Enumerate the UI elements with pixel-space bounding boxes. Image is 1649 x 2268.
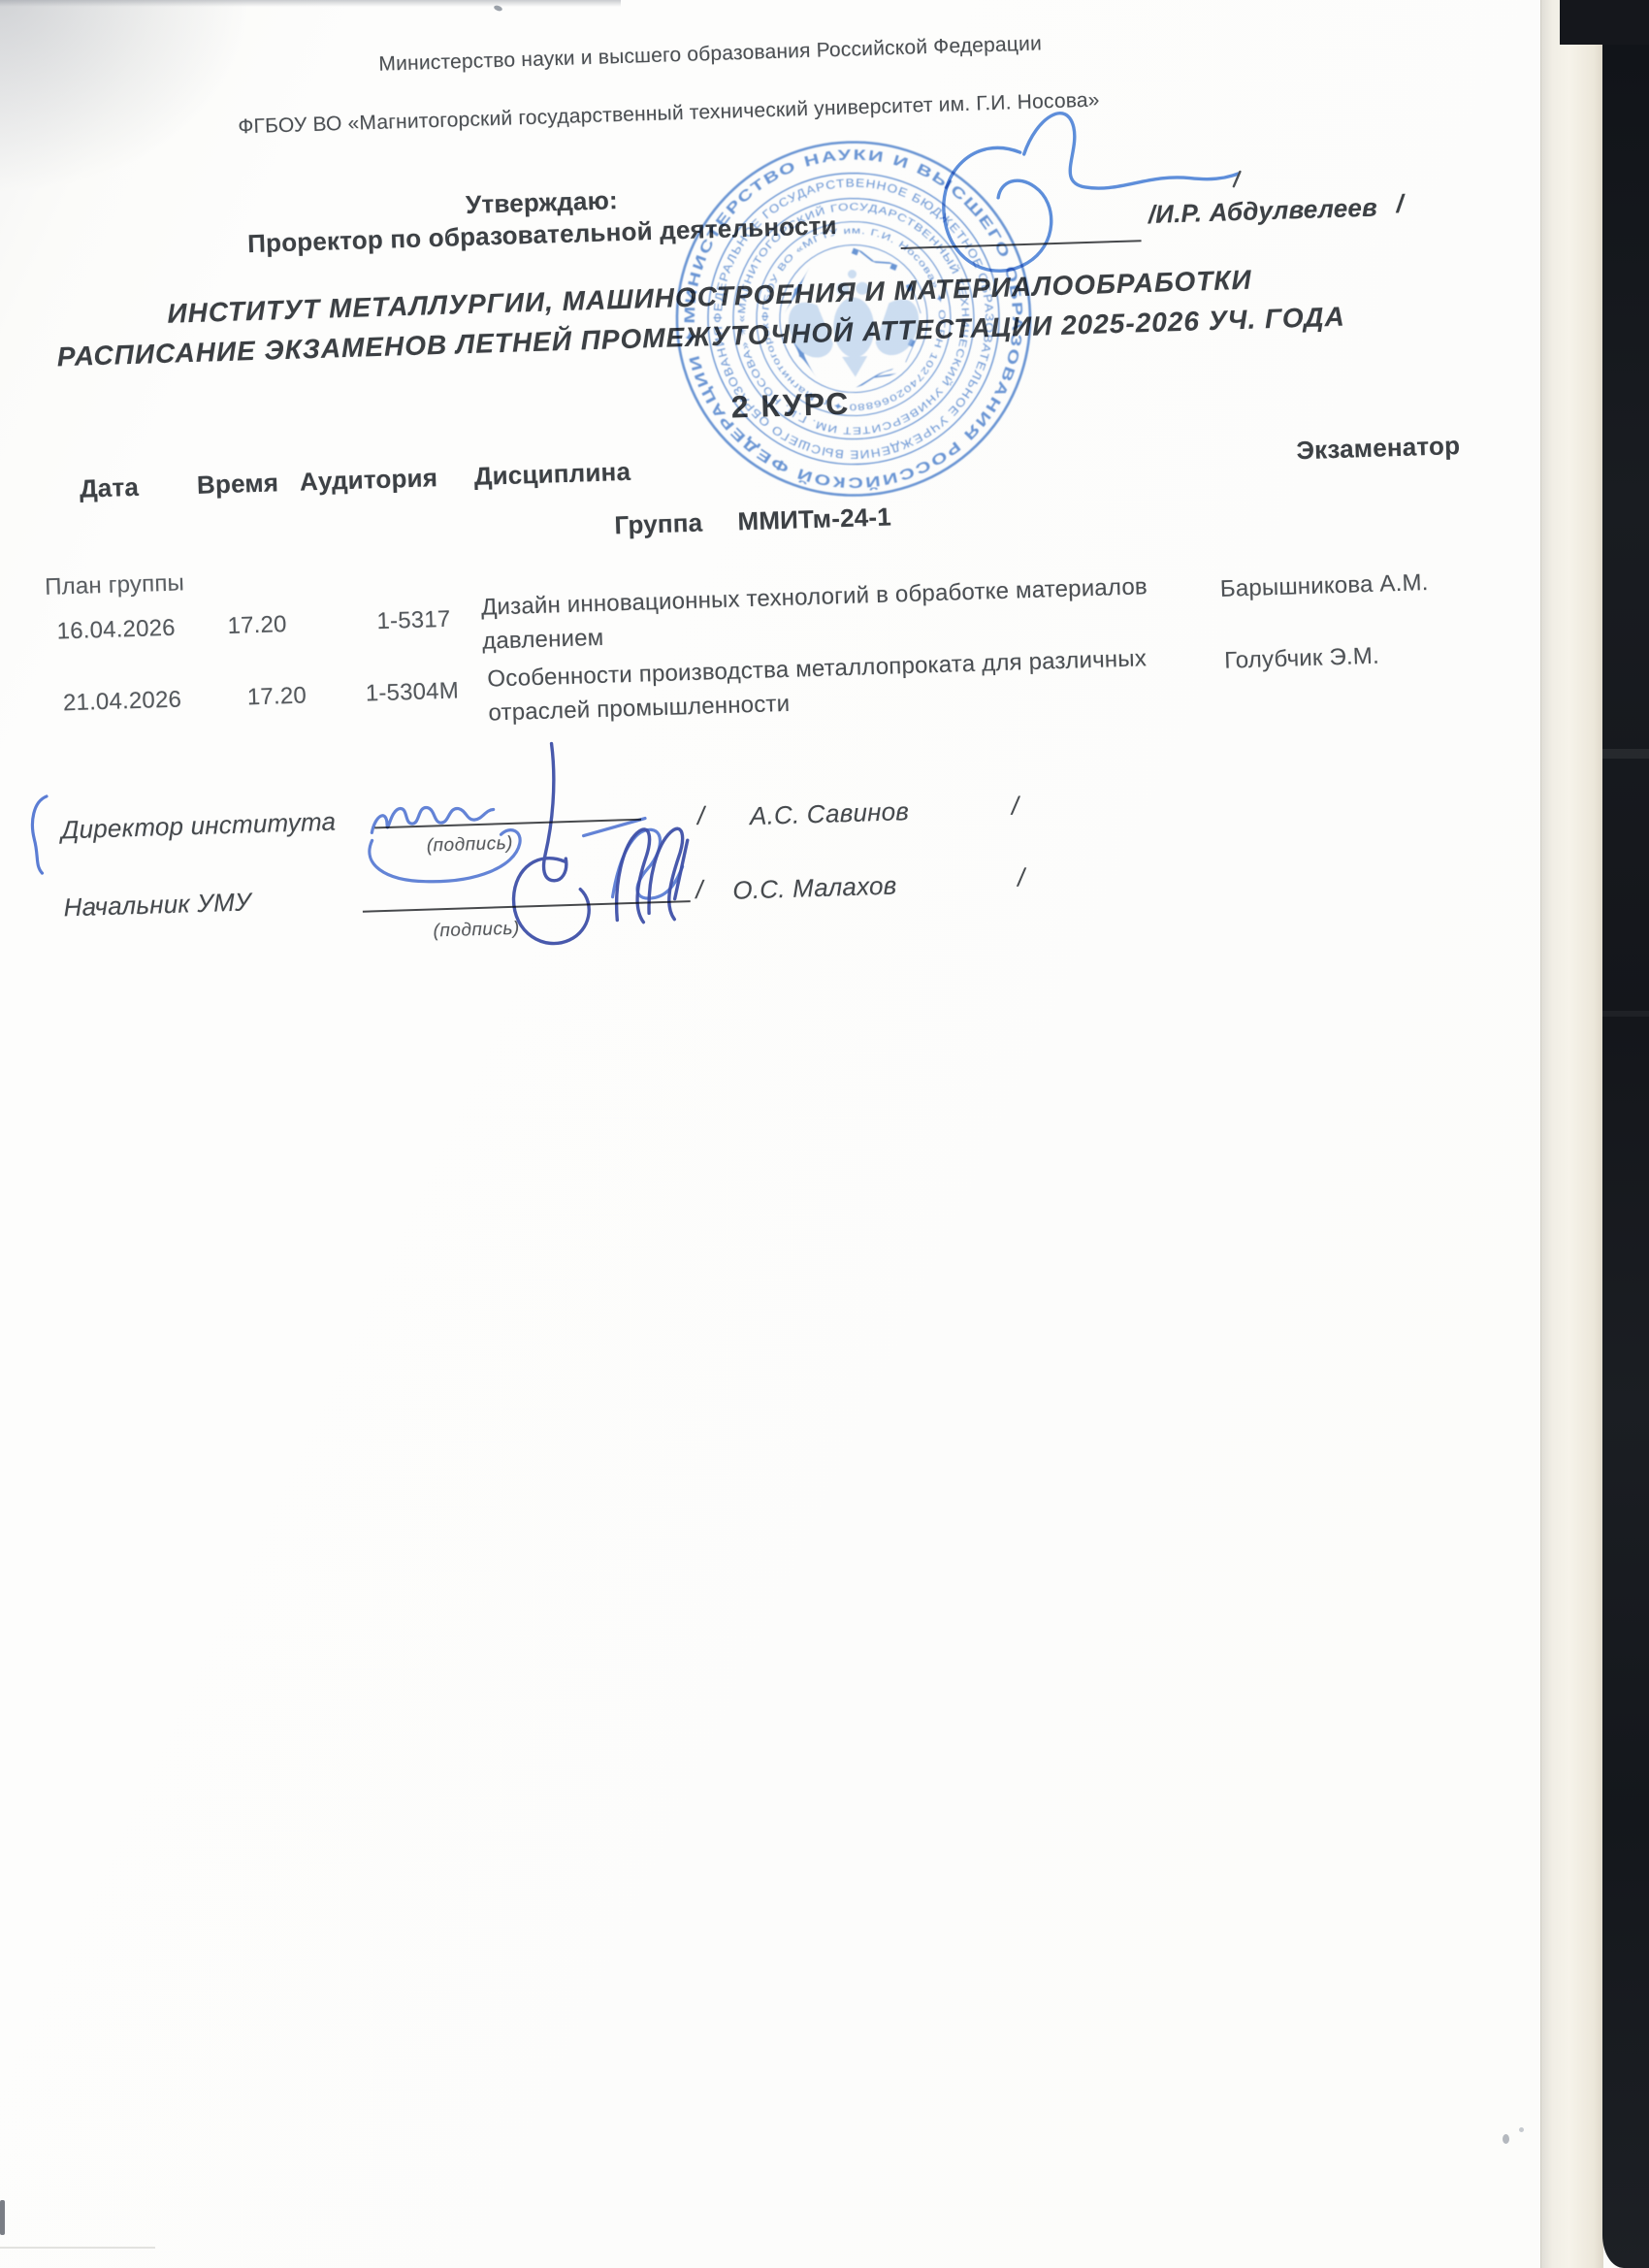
scanned-page: Министерство науки и высшего образования… <box>0 0 1649 2268</box>
scan-speck <box>1519 2127 1524 2132</box>
scanner-top-notch <box>1560 0 1649 45</box>
umu-signature-strokes <box>508 739 690 945</box>
prorector-signature <box>941 108 1241 273</box>
scan-speck <box>1503 2134 1509 2144</box>
scanner-band-streak <box>1602 1011 1649 1017</box>
document-sheet: Министерство науки и высшего образования… <box>0 0 1649 2268</box>
paper-right-edge <box>1540 0 1603 2268</box>
director-signature-strokes <box>369 799 684 907</box>
scanner-dark-band <box>1602 0 1649 2268</box>
paper-bottom-edge <box>0 2247 155 2249</box>
handwritten-signatures-layer <box>0 0 1649 2268</box>
handwritten-bracket <box>32 796 49 873</box>
scan-edge-mark <box>0 2200 5 2235</box>
scanner-band-streak <box>1602 749 1649 759</box>
